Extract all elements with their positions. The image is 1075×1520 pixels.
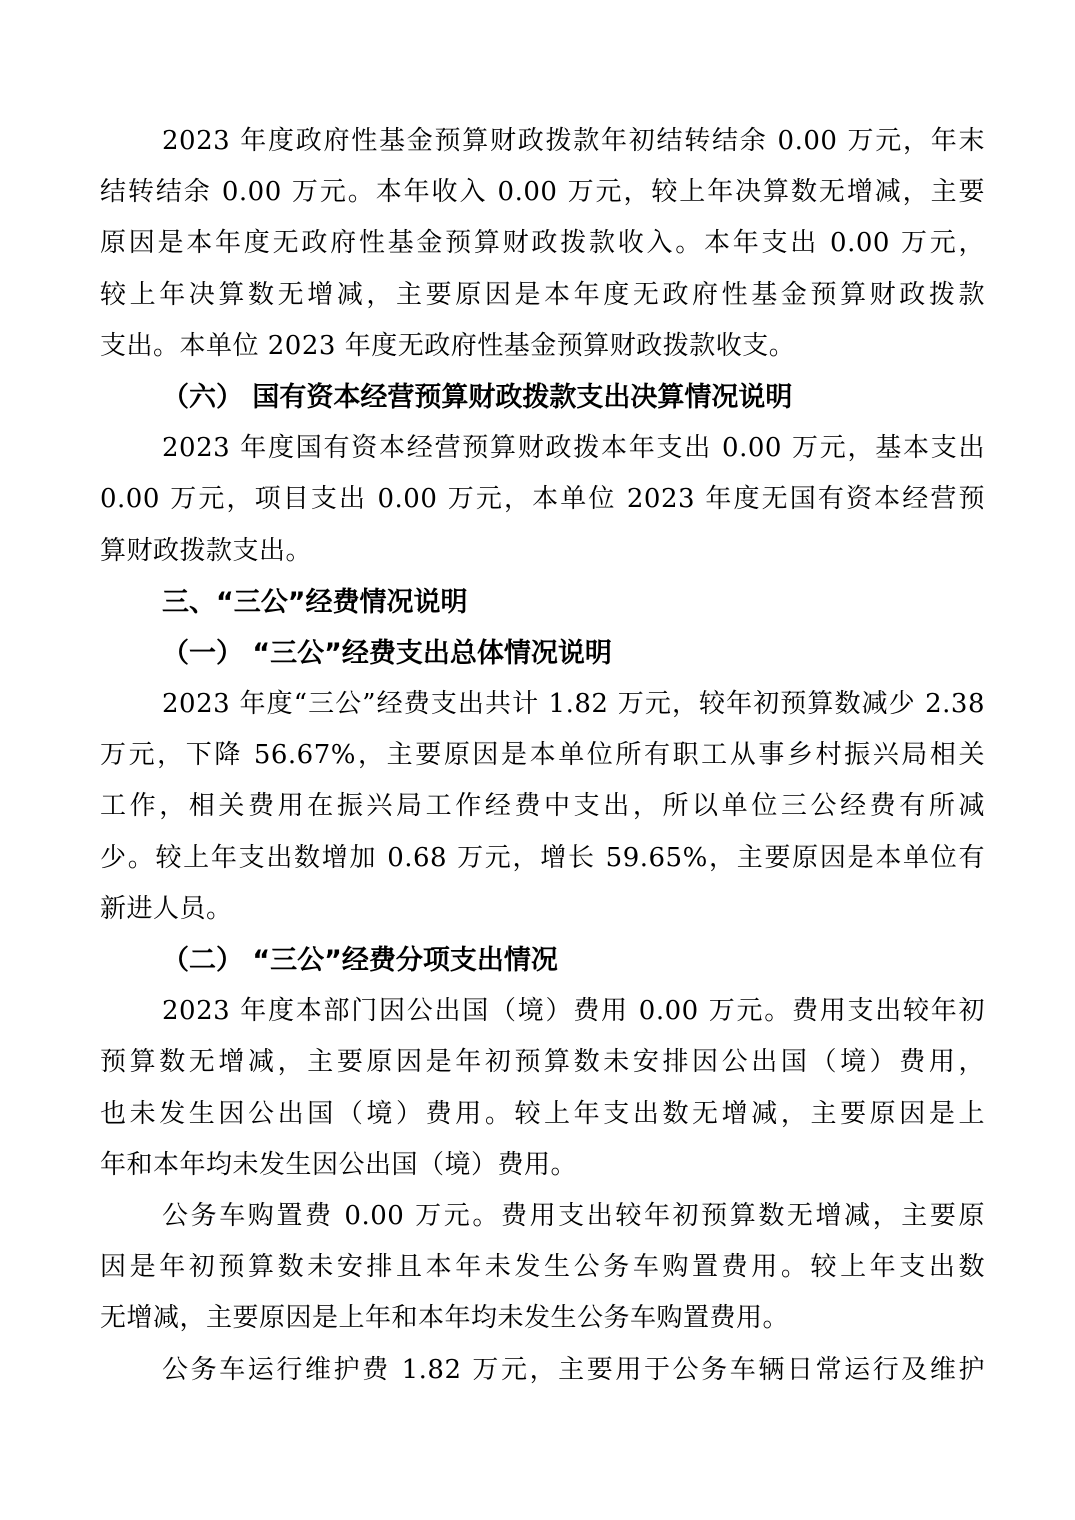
para-government-fund-budget-line-3: 原因是本年度无政府性基金预算财政拨款收入。本年支出 0.00 万元，	[100, 218, 985, 269]
para-overseas-travel-line-4: 年和本年均未发生因公出国（境）费用。	[100, 1140, 985, 1191]
para-three-public-overall-line-3: 工作，相关费用在振兴局工作经费中支出，所以单位三公经费有所减	[100, 781, 985, 832]
document-content: 2023 年度政府性基金预算财政拨款年初结转结余 0.00 万元，年末结转结余 …	[100, 116, 985, 1396]
para-government-fund-budget-line-5: 支出。本单位 2023 年度无政府性基金预算财政拨款收支。	[100, 321, 985, 372]
para-three-public-overall-line-2: 万元，下降 56.67%，主要原因是本单位所有职工从事乡村振兴局相关	[100, 730, 985, 781]
para-official-vehicle-purchase-line-3: 无增减，主要原因是上年和本年均未发生公务车购置费用。	[100, 1293, 985, 1344]
para-government-fund-budget-line-2: 结转结余 0.00 万元。本年收入 0.00 万元，较上年决算数无增减，主要	[100, 167, 985, 218]
heading-section-2-itemized: （二） “三公”经费分项支出情况	[100, 935, 985, 986]
para-official-vehicle-maintenance: 公务车运行维护费 1.82 万元，主要用于公务车辆日常运行及维护	[100, 1345, 985, 1396]
para-three-public-overall-line-5: 新进人员。	[100, 884, 985, 935]
para-state-capital-budget-line-3: 算财政拨款支出。	[100, 526, 985, 577]
para-overseas-travel-line-1: 2023 年度本部门因公出国（境）费用 0.00 万元。费用支出较年初	[100, 986, 985, 1037]
para-state-capital-budget-line-1: 2023 年度国有资本经营预算财政拨本年支出 0.00 万元，基本支出	[100, 423, 985, 474]
para-three-public-overall-line-1: 2023 年度“三公”经费支出共计 1.82 万元，较年初预算数减少 2.38	[100, 679, 985, 730]
para-overseas-travel-line-2: 预算数无增减，主要原因是年初预算数未安排因公出国（境）费用，	[100, 1037, 985, 1088]
para-government-fund-budget-line-1: 2023 年度政府性基金预算财政拨款年初结转结余 0.00 万元，年末	[100, 116, 985, 167]
heading-section-6-state-capital: （六） 国有资本经营预算财政拨款支出决算情况说明	[100, 372, 985, 423]
para-government-fund-budget-line-4: 较上年决算数无增减，主要原因是本年度无政府性基金预算财政拨款	[100, 270, 985, 321]
para-overseas-travel-line-3: 也未发生因公出国（境）费用。较上年支出数无增减，主要原因是上	[100, 1089, 985, 1140]
heading-section-1-overall: （一） “三公”经费支出总体情况说明	[100, 628, 985, 679]
document-page: 2023 年度政府性基金预算财政拨款年初结转结余 0.00 万元，年末结转结余 …	[0, 0, 1075, 1520]
para-three-public-overall-line-4: 少。较上年支出数增加 0.68 万元，增长 59.65%，主要原因是本单位有	[100, 833, 985, 884]
para-official-vehicle-purchase-line-2: 因是年初预算数未安排且本年未发生公务车购置费用。较上年支出数	[100, 1242, 985, 1293]
heading-part-3-three-public-funds: 三、“三公”经费情况说明	[100, 577, 985, 628]
para-official-vehicle-purchase-line-1: 公务车购置费 0.00 万元。费用支出较年初预算数无增减，主要原	[100, 1191, 985, 1242]
para-state-capital-budget-line-2: 0.00 万元，项目支出 0.00 万元，本单位 2023 年度无国有资本经营预	[100, 474, 985, 525]
